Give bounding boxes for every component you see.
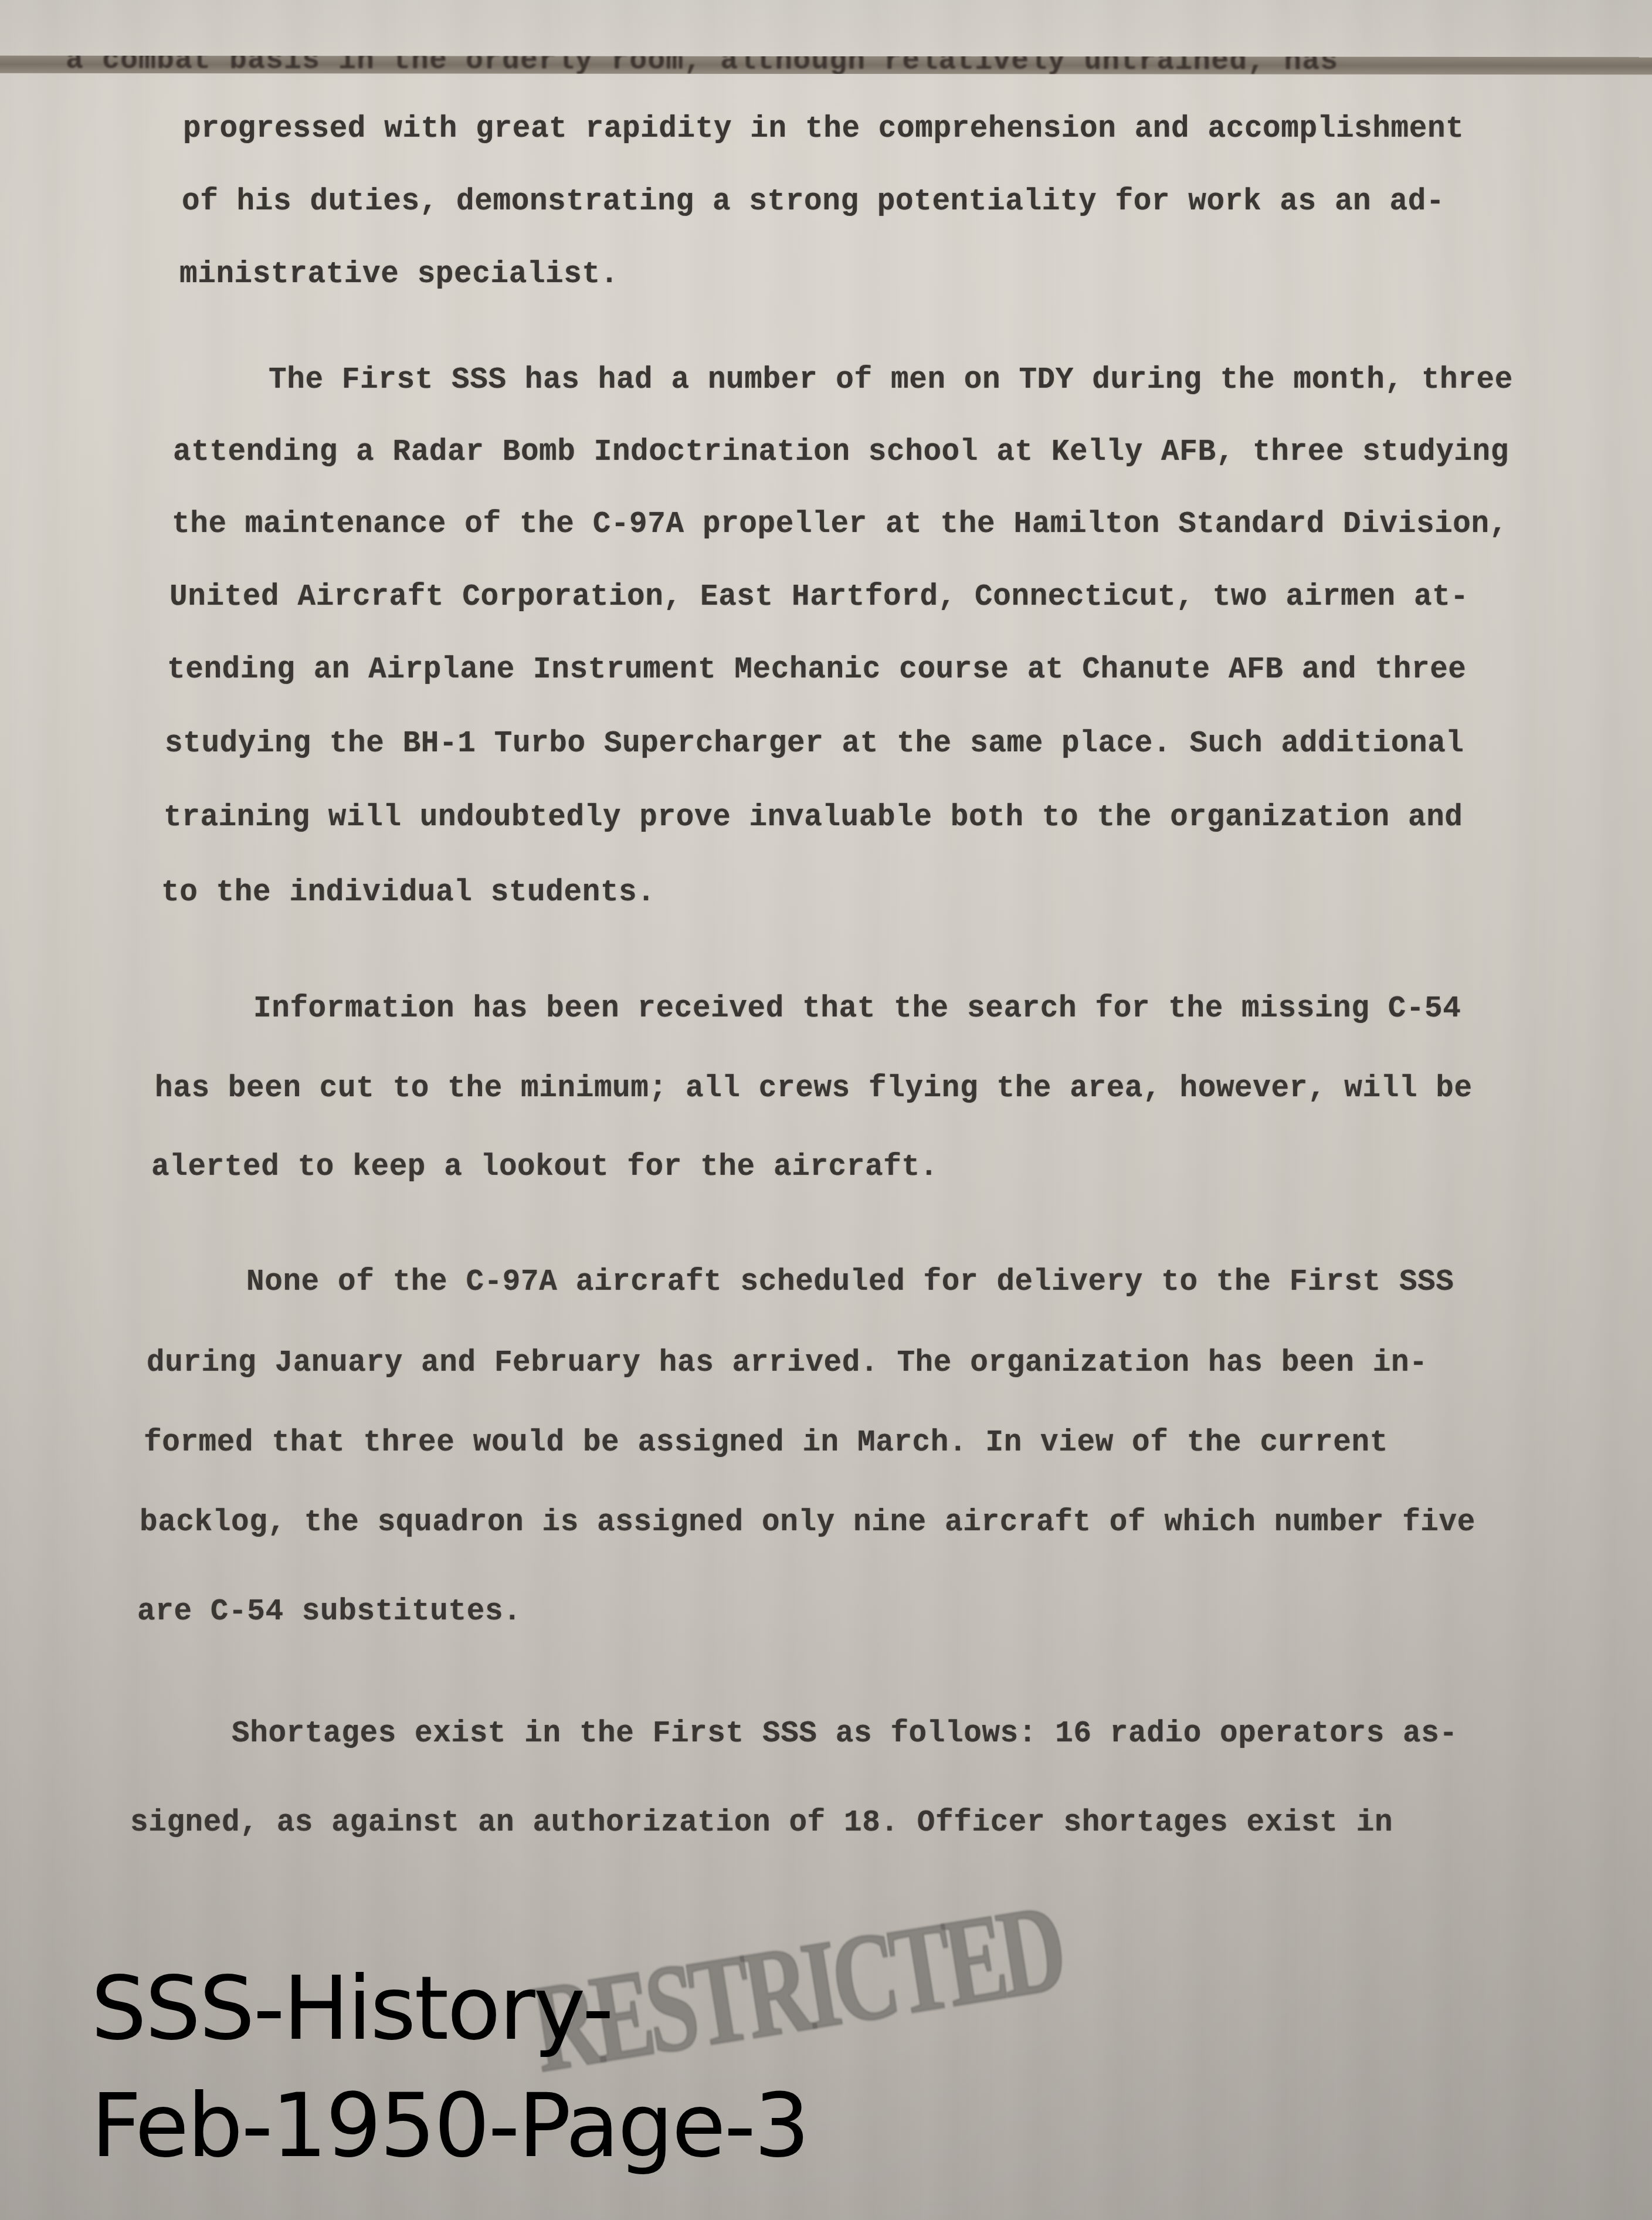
text-line: the maintenance of the C-97A propeller a… [172,508,1508,541]
text-line: of his duties, demonstrating a strong po… [182,185,1444,219]
text-line: training will undoubtedly prove invaluab… [164,801,1463,835]
text-line: The First SSS has had a number of men on… [269,364,1513,397]
text-line: progressed with great rapidity in the co… [183,113,1464,146]
text-line: None of the C-97A aircraft scheduled for… [246,1266,1454,1299]
text-line: has been cut to the minimum; all crews f… [155,1072,1473,1106]
caption-line-2: Feb-1950-Page-3 [91,2068,808,2185]
text-line: to the individual students. [161,876,656,910]
caption-line-1: SSS-History- [91,1950,808,2068]
text-line: studying the BH-1 Turbo Supercharger at … [165,727,1464,761]
text-line: Information has been received that the s… [253,992,1461,1026]
text-line: signed, as against an authorization of 1… [130,1806,1393,1840]
text-line: attending a Radar Bomb Indoctrination sc… [173,436,1509,469]
typewritten-body: progressed with great rapidity in the co… [0,0,1652,2220]
text-line: tending an Airplane Instrument Mechanic … [167,653,1467,687]
text-line: ministrative specialist. [179,258,619,292]
text-line: formed that three would be assigned in M… [144,1426,1388,1460]
text-line: alerted to keep a lookout for the aircra… [151,1151,938,1184]
text-line: backlog, the squadron is assigned only n… [140,1506,1475,1540]
text-line: United Aircraft Corporation, East Hartfo… [169,581,1469,614]
page-caption: SSS-History- Feb-1950-Page-3 [91,1950,808,2185]
text-line: Shortages exist in the First SSS as foll… [232,1717,1458,1751]
text-line: are C-54 substitutes. [137,1595,521,1629]
text-line: during January and February has arrived.… [147,1347,1427,1380]
